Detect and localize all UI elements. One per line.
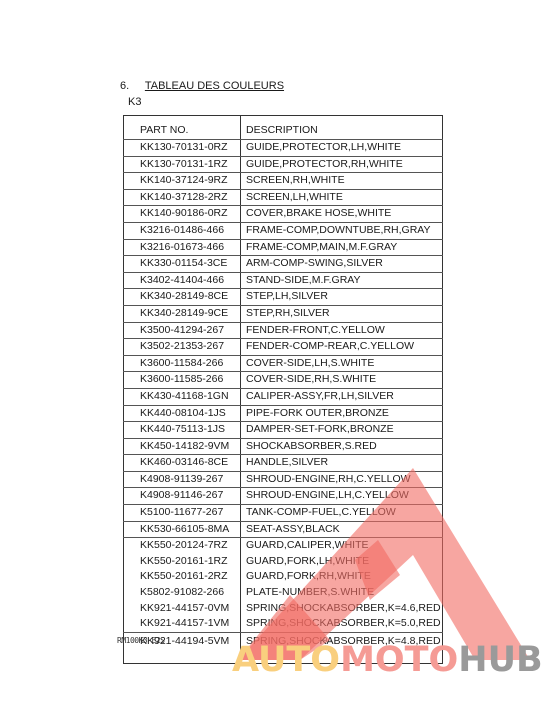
table-row: K3502-21353-267FENDER-COMP-REAR,C.YELLOW bbox=[124, 339, 443, 356]
table-row: K3216-01673-466FRAME-COMP,MAIN,M.F.GRAY bbox=[124, 239, 443, 256]
part-number-cell: K3600-11585-266 bbox=[124, 372, 241, 389]
table-row: KK530-66105-8MASEAT-ASSY,BLACK bbox=[124, 521, 443, 538]
document-code: RM100K3 E2S bbox=[117, 636, 164, 645]
part-number-cell: KK440-75113-1JS bbox=[124, 422, 241, 439]
table-row: KK460-03146-8CEHANDLE,SILVER bbox=[124, 455, 443, 472]
table-row: KK550-20161-2RZGUARD,FORK,RH,WHITE bbox=[124, 569, 443, 585]
table-header-row: PART NO. DESCRIPTION bbox=[124, 116, 443, 140]
part-number-cell: KK440-08104-1JS bbox=[124, 405, 241, 422]
description-cell: SCREEN,RH,WHITE bbox=[241, 173, 443, 190]
table-row: KK140-90186-0RZCOVER,BRAKE HOSE,WHITE bbox=[124, 206, 443, 223]
part-number-cell: KK130-70131-1RZ bbox=[124, 156, 241, 173]
description-cell: CALIPER-ASSY,FR,LH,SILVER bbox=[241, 388, 443, 405]
description-cell: SEAT-ASSY,BLACK bbox=[241, 521, 443, 538]
description-cell: STEP,LH,SILVER bbox=[241, 289, 443, 306]
description-cell: GUIDE,PROTECTOR,LH,WHITE bbox=[241, 140, 443, 157]
description-cell: STAND-SIDE,M.F.GRAY bbox=[241, 272, 443, 289]
part-number-cell: KK550-20161-1RZ bbox=[124, 554, 241, 570]
table-row: KK130-70131-1RZGUIDE,PROTECTOR,RH,WHITE bbox=[124, 156, 443, 173]
description-cell: SCREEN,LH,WHITE bbox=[241, 189, 443, 206]
part-number-cell: KK921-44157-0VM bbox=[124, 601, 241, 617]
part-number-cell: KK530-66105-8MA bbox=[124, 521, 241, 538]
description-cell: COVER-SIDE,RH,S.WHITE bbox=[241, 372, 443, 389]
table-body: KK130-70131-0RZGUIDE,PROTECTOR,LH,WHITEK… bbox=[124, 140, 443, 664]
description-cell: FRAME-COMP,DOWNTUBE,RH,GRAY bbox=[241, 222, 443, 239]
header-part-no: PART NO. bbox=[124, 116, 241, 140]
description-cell: SHROUD-ENGINE,LH,C.YELLOW bbox=[241, 488, 443, 505]
table-row: KK440-75113-1JSDAMPER-SET-FORK,BRONZE bbox=[124, 422, 443, 439]
model-code: K3 bbox=[128, 96, 141, 108]
description-cell: SHOCKABSORBER,S.RED bbox=[241, 438, 443, 455]
table-row: KK921-44157-1VMSPRING,SHOCKABSORBER,K=5.… bbox=[124, 616, 443, 632]
part-number-cell: K4908-91146-267 bbox=[124, 488, 241, 505]
description-cell: HANDLE,SILVER bbox=[241, 455, 443, 472]
table-row: K3600-11584-266COVER-SIDE,LH,S.WHITE bbox=[124, 355, 443, 372]
section-number: 6. bbox=[120, 80, 142, 92]
section-heading: 6. TABLEAU DES COULEURS bbox=[120, 80, 284, 92]
part-number-cell: K3600-11584-266 bbox=[124, 355, 241, 372]
description-cell: SPRING,SHOCKABSORBER,K=4.8,RED bbox=[241, 632, 443, 663]
description-cell: GUARD,FORK,RH,WHITE bbox=[241, 569, 443, 585]
table-row: KK340-28149-9CESTEP,RH,SILVER bbox=[124, 305, 443, 322]
part-number-cell: KK340-28149-9CE bbox=[124, 305, 241, 322]
part-number-cell: K3216-01486-466 bbox=[124, 222, 241, 239]
part-number-cell: K3216-01673-466 bbox=[124, 239, 241, 256]
table-row: KK921-44194-5VMSPRING,SHOCKABSORBER,K=4.… bbox=[124, 632, 443, 663]
table-row: K5100-11677-267TANK-COMP-FUEL,C.YELLOW bbox=[124, 505, 443, 522]
description-cell: TANK-COMP-FUEL,C.YELLOW bbox=[241, 505, 443, 522]
description-cell: FENDER-FRONT,C.YELLOW bbox=[241, 322, 443, 339]
table-row: K4908-91139-267SHROUD-ENGINE,RH,C.YELLOW bbox=[124, 471, 443, 488]
table-row: KK140-37128-2RZSCREEN,LH,WHITE bbox=[124, 189, 443, 206]
table-row: KK130-70131-0RZGUIDE,PROTECTOR,LH,WHITE bbox=[124, 140, 443, 157]
header-description: DESCRIPTION bbox=[241, 116, 443, 140]
description-cell: COVER-SIDE,LH,S.WHITE bbox=[241, 355, 443, 372]
part-number-cell: K5802-91082-266 bbox=[124, 585, 241, 601]
description-cell: SHROUD-ENGINE,RH,C.YELLOW bbox=[241, 471, 443, 488]
part-number-cell: KK430-41168-1GN bbox=[124, 388, 241, 405]
table-row: KK330-01154-3CEARM-COMP-SWING,SILVER bbox=[124, 256, 443, 273]
description-cell: STEP,RH,SILVER bbox=[241, 305, 443, 322]
part-number-cell: K4908-91139-267 bbox=[124, 471, 241, 488]
part-number-cell: KK340-28149-8CE bbox=[124, 289, 241, 306]
part-number-cell: KK460-03146-8CE bbox=[124, 455, 241, 472]
table-row: KK921-44157-0VMSPRING,SHOCKABSORBER,K=4.… bbox=[124, 601, 443, 617]
part-number-cell: KK140-37124-9RZ bbox=[124, 173, 241, 190]
table-row: KK450-14182-9VMSHOCKABSORBER,S.RED bbox=[124, 438, 443, 455]
section-title: TABLEAU DES COULEURS bbox=[145, 80, 284, 92]
table-row: K4908-91146-267SHROUD-ENGINE,LH,C.YELLOW bbox=[124, 488, 443, 505]
part-number-cell: K5100-11677-267 bbox=[124, 505, 241, 522]
table-row: KK340-28149-8CESTEP,LH,SILVER bbox=[124, 289, 443, 306]
part-number-cell: K3402-41404-466 bbox=[124, 272, 241, 289]
description-cell: GUARD,FORK,LH,WHITE bbox=[241, 554, 443, 570]
description-cell: SPRING,SHOCKABSORBER,K=4.6,RED bbox=[241, 601, 443, 617]
description-cell: DAMPER-SET-FORK,BRONZE bbox=[241, 422, 443, 439]
part-number-cell: KK550-20124-7RZ bbox=[124, 538, 241, 554]
table-row: K3216-01486-466FRAME-COMP,DOWNTUBE,RH,GR… bbox=[124, 222, 443, 239]
description-cell: FRAME-COMP,MAIN,M.F.GRAY bbox=[241, 239, 443, 256]
description-cell: FENDER-COMP-REAR,C.YELLOW bbox=[241, 339, 443, 356]
table-row: K3402-41404-466STAND-SIDE,M.F.GRAY bbox=[124, 272, 443, 289]
description-cell: PLATE-NUMBER,S.WHITE bbox=[241, 585, 443, 601]
page-number: - 9 - bbox=[318, 636, 332, 645]
description-cell: SPRING,SHOCKABSORBER,K=5.0,RED bbox=[241, 616, 443, 632]
description-cell: GUARD,CALIPER,WHITE bbox=[241, 538, 443, 554]
description-cell: GUIDE,PROTECTOR,RH,WHITE bbox=[241, 156, 443, 173]
part-number-cell: KK921-44157-1VM bbox=[124, 616, 241, 632]
table-row: KK430-41168-1GNCALIPER-ASSY,FR,LH,SILVER bbox=[124, 388, 443, 405]
part-number-cell: KK550-20161-2RZ bbox=[124, 569, 241, 585]
table-row: K3600-11585-266COVER-SIDE,RH,S.WHITE bbox=[124, 372, 443, 389]
description-cell: ARM-COMP-SWING,SILVER bbox=[241, 256, 443, 273]
table-row: KK440-08104-1JSPIPE-FORK OUTER,BRONZE bbox=[124, 405, 443, 422]
part-number-cell: KK330-01154-3CE bbox=[124, 256, 241, 273]
table-row: KK140-37124-9RZSCREEN,RH,WHITE bbox=[124, 173, 443, 190]
color-parts-table: PART NO. DESCRIPTION KK130-70131-0RZGUID… bbox=[123, 115, 443, 664]
table-row: KK550-20161-1RZGUARD,FORK,LH,WHITE bbox=[124, 554, 443, 570]
table-row: KK550-20124-7RZGUARD,CALIPER,WHITE bbox=[124, 538, 443, 554]
part-number-cell: KK450-14182-9VM bbox=[124, 438, 241, 455]
description-cell: COVER,BRAKE HOSE,WHITE bbox=[241, 206, 443, 223]
part-number-cell: KK140-90186-0RZ bbox=[124, 206, 241, 223]
part-number-cell: KK140-37128-2RZ bbox=[124, 189, 241, 206]
description-cell: PIPE-FORK OUTER,BRONZE bbox=[241, 405, 443, 422]
logo-part-hub: HUB bbox=[458, 640, 542, 680]
part-number-cell: K3502-21353-267 bbox=[124, 339, 241, 356]
part-number-cell: K3500-41294-267 bbox=[124, 322, 241, 339]
table-row: K3500-41294-267FENDER-FRONT,C.YELLOW bbox=[124, 322, 443, 339]
part-number-cell: KK130-70131-0RZ bbox=[124, 140, 241, 157]
table-row: K5802-91082-266PLATE-NUMBER,S.WHITE bbox=[124, 585, 443, 601]
